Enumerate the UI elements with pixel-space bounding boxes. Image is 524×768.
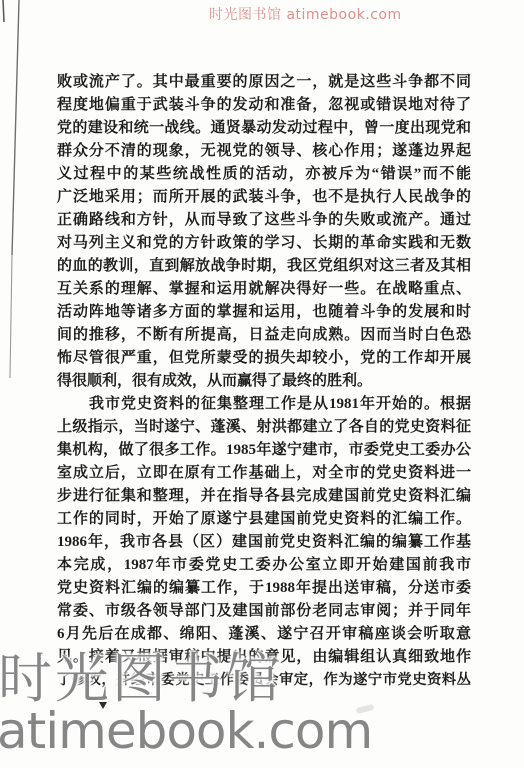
watermark-bottom-latin: atimebook.com <box>0 706 372 756</box>
text-line: 活动阵地等诸多方面的掌握和运用，也随着斗争的发展和时 <box>57 301 471 324</box>
text-line: 义过程中的某些统战性质的活动，亦被斥为“错误”而不能 <box>57 163 471 186</box>
ink-mark <box>99 702 107 709</box>
page-text: 败或流产了。其中最重要的原因之一，就是这些斗争都不同 程度地偏重于武装斗争的发动… <box>57 71 471 692</box>
text-line: 间的推移，不断有所提高，日益走向成熟。因而当时白色恐 <box>57 324 471 347</box>
text-line: 群众分不清的现象，无视党的领导、核心作用；遂蓬边界起 <box>57 140 471 163</box>
text-line: 广泛地采用；而所开展的武装斗争，也不是执行人民战争的 <box>57 186 471 209</box>
text-line: 1986年，我市各县（区）建国前党史资料汇编的编纂工作基 <box>57 531 471 554</box>
text-line: 怖尽管很严重，但党所蒙受的损失却较小，党的工作却开展 <box>57 347 471 370</box>
text-line: 互关系的理解、掌握和运用就解决得好一些。在战略重点、 <box>57 278 471 301</box>
text-line: 室成立后，立即在原有工作基础上，对全市的党史资料进一 <box>57 462 471 485</box>
text-line: 党的建设和统一战线。通贤暴动发动过程中，曾一度出现党和 <box>57 117 471 140</box>
text-line: 工作的同时，开始了原遂宁县建国前党史资料的汇编工作。 <box>57 508 471 531</box>
text-line: 常委、市级各领导部门及建国前部份老同志审阅；并于同年 <box>57 600 471 623</box>
text-line: 正确路线和方针，从而导致了这些斗争的失败或流产。通过 <box>57 209 471 232</box>
watermark-top: 时光图书馆 atimebook.com <box>209 4 402 24</box>
text-line: 步进行征集和整理，并在指导各县完成建国前党史资料汇编 <box>57 485 471 508</box>
text-line: 对马列主义和党的方针政策的学习、长期的革命实践和无数 <box>57 232 471 255</box>
scanned-book-page: 时光图书馆 atimebook.com 败或流产了。其中最重要的原因之一，就是这… <box>0 0 524 768</box>
text-line-paragraph-start: 我市党史资料的征集整理工作是从1981年开始的。根据 <box>57 393 471 416</box>
text-line: 本完成，1987年市委党史工委办公室立即开始建国前我市 <box>57 554 471 577</box>
text-line-paragraph-end: 得很顺利，很有成效，从而赢得了最终的胜利。 <box>57 370 471 393</box>
text-line: 集机构，做了很多工作。1985年遂宁建市，市委党史工委办公 <box>57 439 471 462</box>
text-line: 党史资料汇编的编纂工作，于1988年提出送审稿，分送市委 <box>57 577 471 600</box>
watermark-bottom-cjk: 时光图书馆 <box>0 652 283 706</box>
text-line: 上级指示，当时遂宁、蓬溪、射洪都建立了各自的党史资料征 <box>57 416 471 439</box>
text-line: 程度地偏重于武装斗争的发动和准备，忽视或错误地对待了 <box>57 94 471 117</box>
scan-edge-line <box>0 0 30 400</box>
text-line: 的血的教训，直到解放战争时期，我区党组织对这三者及其相 <box>57 255 471 278</box>
text-line: 败或流产了。其中最重要的原因之一，就是这些斗争都不同 <box>57 71 471 94</box>
text-line: 6月先后在成都、绵阳、蓬溪、遂宁召开审稿座谈会听取意 <box>57 623 471 646</box>
